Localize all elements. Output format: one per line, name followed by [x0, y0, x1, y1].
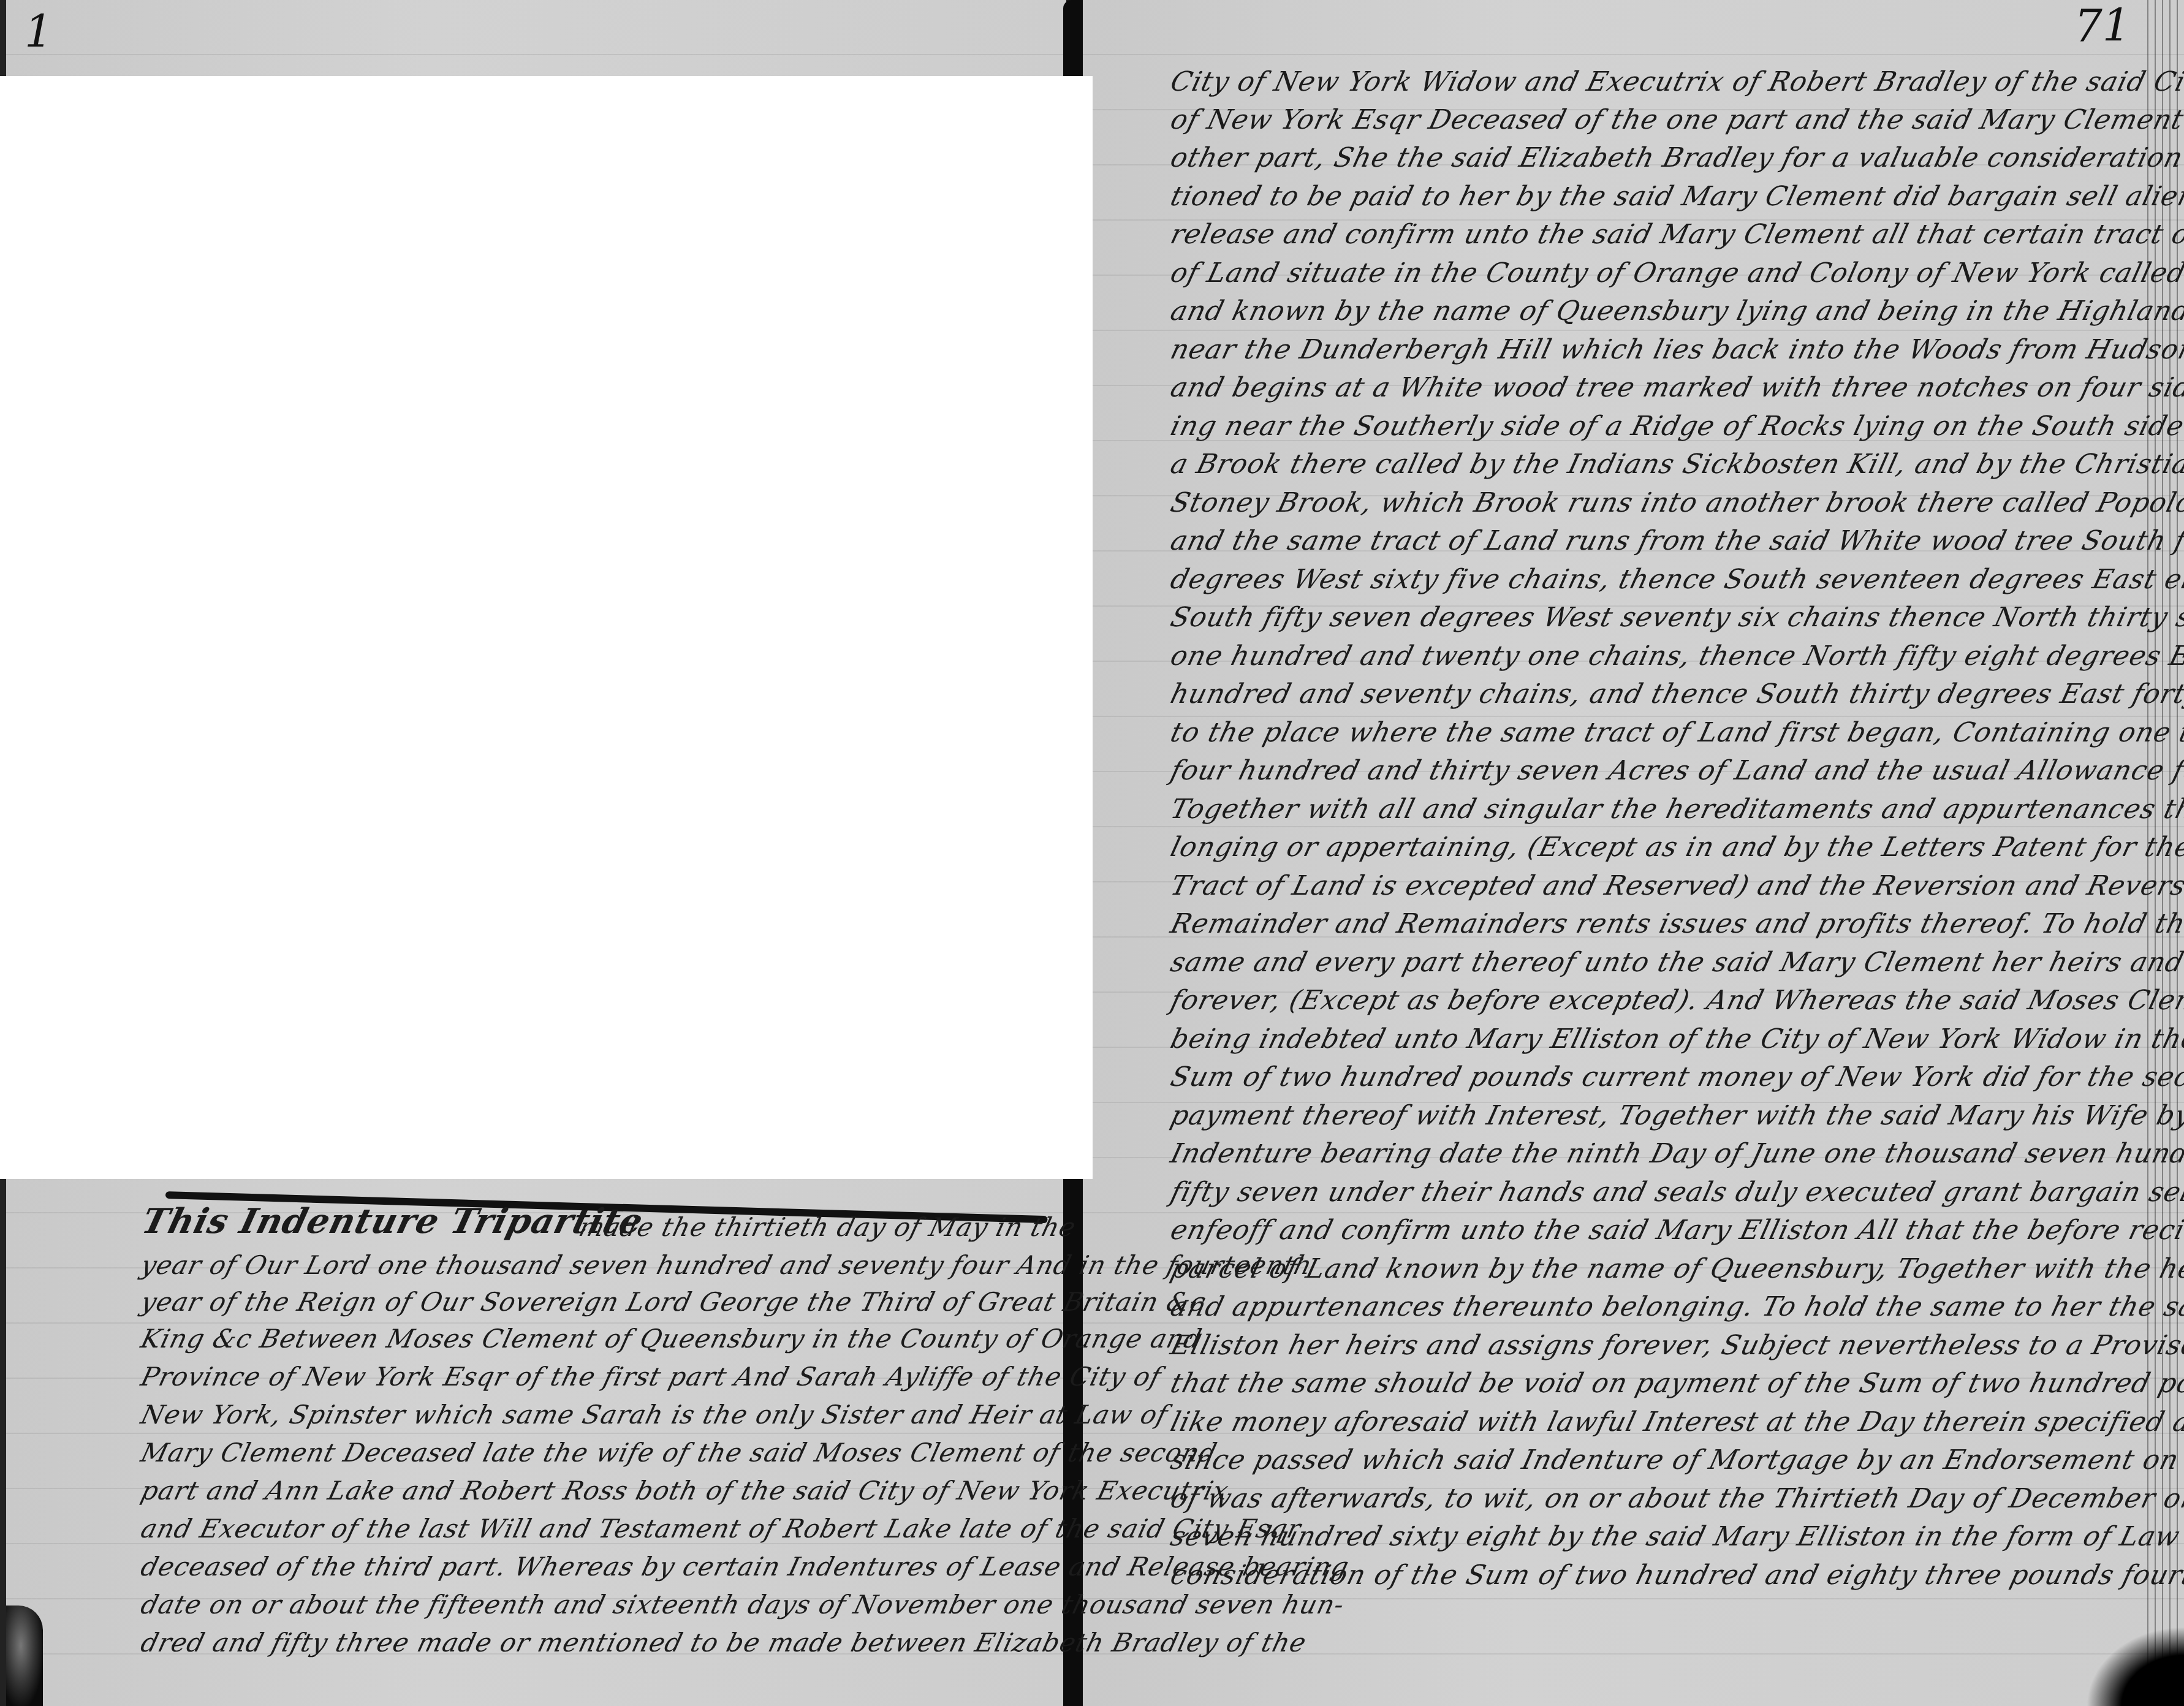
manuscript-line: forever, (Except as before excepted). An… [1167, 985, 2184, 1016]
manuscript-line: release and confirm unto the said Mary C… [1167, 219, 2184, 250]
manuscript-line: deceased of the third part. Whereas by c… [138, 1552, 1352, 1582]
manuscript-line: dred and fifty three made or mentioned t… [138, 1628, 1310, 1658]
manuscript-line: of Land situate in the County of Orange … [1167, 257, 2184, 289]
manuscript-line: Remainder and Remainders rents issues an… [1167, 908, 2184, 939]
manuscript-line: enfeoff and confirm unto the said Mary E… [1167, 1215, 2184, 1246]
manuscript-line: King &c Between Moses Clement of Queensb… [138, 1324, 1205, 1354]
manuscript-line: tioned to be paid to her by the said Mar… [1167, 181, 2184, 212]
manuscript-line: Province of New York Esqr of the first p… [138, 1362, 1164, 1392]
manuscript-line: payment thereof with Interest, Together … [1167, 1100, 2184, 1131]
manuscript-line: like money aforesaid with lawful Interes… [1167, 1406, 2184, 1438]
manuscript-line: being indebted unto Mary Elliston of the… [1167, 1023, 2184, 1055]
manuscript-line: and appurtenances thereunto belonging. T… [1167, 1291, 2184, 1322]
manuscript-line: Elliston her heirs and assigns forever, … [1167, 1330, 2184, 1361]
manuscript-line: date on or about the fifteenth and sixte… [138, 1590, 1348, 1620]
manuscript-line: made the thirtieth day of May in the [576, 1212, 1079, 1242]
manuscript-line: Stoney Brook, which Brook runs into anot… [1167, 487, 2184, 518]
manuscript-line: year of the Reign of Our Sovereign Lord … [138, 1287, 1209, 1317]
manuscript-line: degrees West sixty five chains, thence S… [1167, 564, 2184, 595]
indenture-heading: This Indenture Tripartite [138, 1201, 648, 1242]
redacted-region [0, 76, 1093, 1179]
manuscript-line: parcel of Land known by the name of Quee… [1167, 1253, 2184, 1284]
manuscript-line: City of New York Widow and Executrix of … [1167, 66, 2184, 97]
manuscript-line: and known by the name of Queensbury lyin… [1167, 295, 2184, 327]
manuscript-line: Sum of two hundred pounds current money … [1167, 1061, 2184, 1093]
manuscript-line: since passed which said Indenture of Mor… [1167, 1444, 2184, 1476]
manuscript-line: Mary Clement Deceased late the wife of t… [138, 1438, 1220, 1468]
page-corner-shadow [2086, 1626, 2184, 1706]
manuscript-line: fifty seven under their hands and seals … [1167, 1177, 2184, 1208]
manuscript-line: seven hundred sixty eight by the said Ma… [1167, 1521, 2184, 1552]
manuscript-line: South fifty seven degrees West seventy s… [1167, 602, 2184, 633]
manuscript-line: and Executor of the last Will and Testam… [138, 1514, 1304, 1544]
manuscript-line: that the same should be void on payment … [1167, 1368, 2184, 1399]
manuscript-line: New York, Spinster which same Sarah is t… [138, 1400, 1171, 1430]
manuscript-line: of New York Esqr Deceased of the one par… [1167, 104, 2184, 135]
manuscript-line: same and every part thereof unto the sai… [1167, 947, 2184, 978]
manuscript-line: to the place where the same tract of Lan… [1167, 717, 2184, 748]
manuscript-line: part and Ann Lake and Robert Ross both o… [138, 1476, 1232, 1506]
manuscript-line: and begins at a White wood tree marked w… [1167, 372, 2184, 403]
manuscript-line: Indenture bearing date the ninth Day of … [1167, 1138, 2184, 1169]
manuscript-line: hundred and seventy chains, and thence S… [1167, 678, 2184, 710]
manuscript-line: other part, She the said Elizabeth Bradl… [1167, 142, 2184, 173]
manuscript-line: Together with all and singular the hered… [1167, 794, 2184, 825]
manuscript-line: of was afterwards, to wit, on or about t… [1167, 1483, 2184, 1514]
manuscript-line: year of Our Lord one thousand seven hund… [138, 1250, 1316, 1280]
manuscript-line: longing or appertaining, (Except as in a… [1167, 832, 2184, 863]
manuscript-line: one hundred and twenty one chains, thenc… [1167, 640, 2184, 672]
folio-number-right: 71 [2074, 0, 2131, 51]
manuscript-line: four hundred and thirty seven Acres of L… [1167, 755, 2184, 786]
manuscript-line: and the same tract of Land runs from the… [1167, 525, 2184, 556]
manuscript-line: a Brook there called by the Indians Sick… [1167, 449, 2184, 480]
scanner-thumb-shadow [6, 1606, 43, 1706]
manuscript-line: near the Dunderbergh Hill which lies bac… [1167, 334, 2184, 365]
manuscript-line: Tract of Land is excepted and Reserved) … [1167, 870, 2184, 901]
manuscript-line: ing near the Southerly side of a Ridge o… [1167, 411, 2184, 442]
folio-number-left: 1 [25, 6, 53, 58]
